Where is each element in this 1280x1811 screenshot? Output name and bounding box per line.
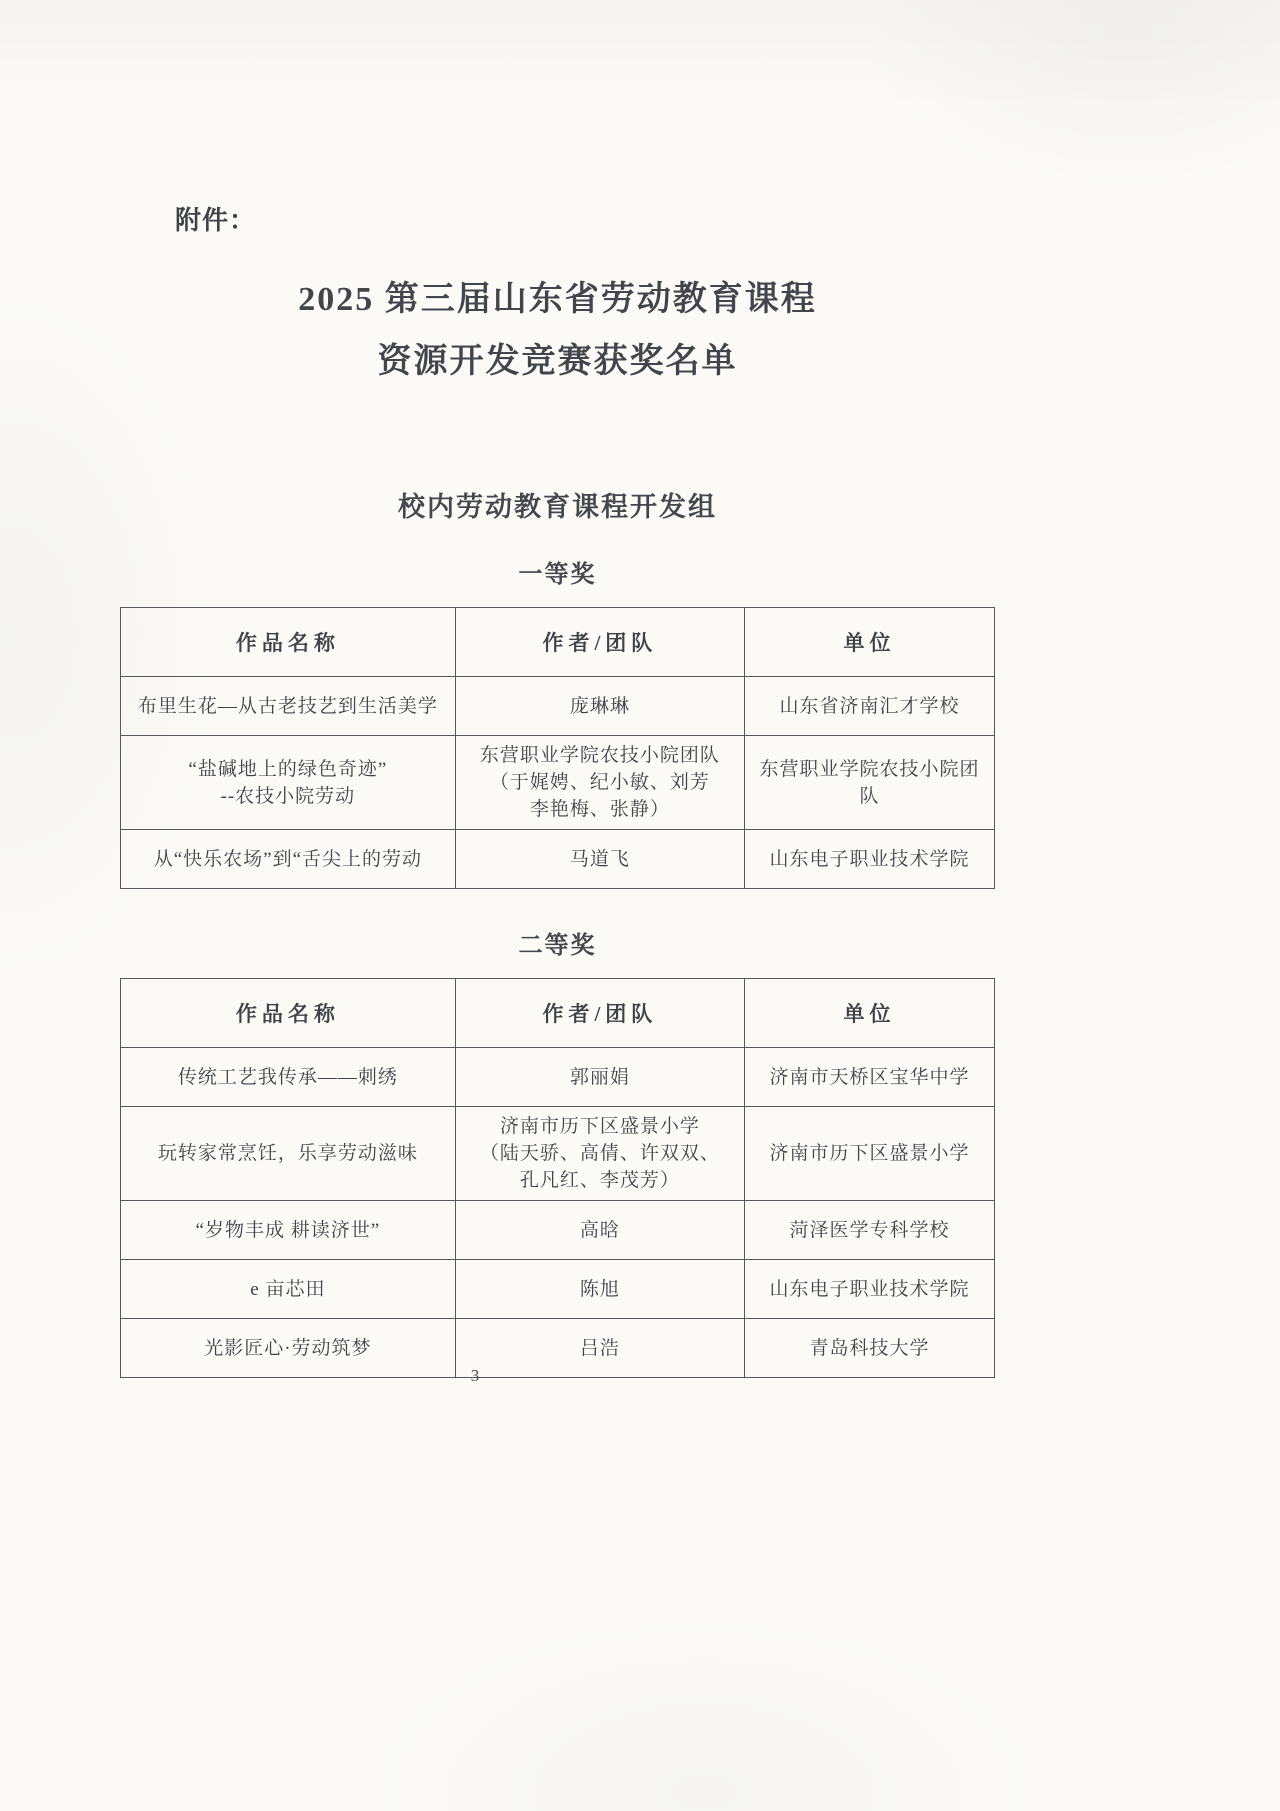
column-header: 作者/团队 [455,608,744,677]
unit-cell: 济南市历下区盛景小学 [745,1107,995,1201]
author-cell: 庞琳琳 [455,677,744,736]
document-title: 2025 第三届山东省劳动教育课程 资源开发竞赛获奖名单 [120,269,995,393]
author-cell: 陈旭 [455,1260,744,1319]
attachment-label: 附件： [175,200,995,237]
group-heading: 校内劳动教育课程开发组 [120,485,995,524]
work-cell: 布里生花—从古老技艺到生活美学 [121,677,456,736]
award-heading: 一等奖 [120,554,995,589]
work-cell: “盐碱地上的绿色奇迹” --农技小院劳动 [121,736,456,830]
table-row: “岁物丰成 耕读济世”高晗菏泽医学专科学校 [121,1201,995,1260]
work-cell: 从“快乐农场”到“舌尖上的劳动 [121,830,456,889]
unit-cell: 菏泽医学专科学校 [745,1201,995,1260]
award-table: 作品名称作者/团队单位布里生花—从古老技艺到生活美学庞琳琳山东省济南汇才学校“盐… [120,607,995,889]
unit-cell: 山东省济南汇才学校 [745,677,995,736]
author-cell: 郭丽娟 [455,1048,744,1107]
work-cell: 传统工艺我传承——刺绣 [121,1048,456,1107]
table-row: 从“快乐农场”到“舌尖上的劳动马道飞山东电子职业技术学院 [121,830,995,889]
page-number: 3 [0,1366,950,1386]
column-header: 作品名称 [121,979,456,1048]
work-cell: “岁物丰成 耕读济世” [121,1201,456,1260]
unit-cell: 济南市天桥区宝华中学 [745,1048,995,1107]
table-row: 传统工艺我传承——刺绣郭丽娟济南市天桥区宝华中学 [121,1048,995,1107]
document-title-line2: 资源开发竞赛获奖名单 [120,331,995,393]
document-content: 附件： 2025 第三届山东省劳动教育课程 资源开发竞赛获奖名单 校内劳动教育课… [120,0,995,1378]
sections: 一等奖作品名称作者/团队单位布里生花—从古老技艺到生活美学庞琳琳山东省济南汇才学… [120,554,995,1378]
table-row: “盐碱地上的绿色奇迹” --农技小院劳动东营职业学院农技小院团队 （于娓娉、纪小… [121,736,995,830]
work-cell: 玩转家常烹饪，乐享劳动滋味 [121,1107,456,1201]
table-row: 玩转家常烹饪，乐享劳动滋味济南市历下区盛景小学 （陆天骄、高倩、许双双、 孔凡红… [121,1107,995,1201]
author-cell: 马道飞 [455,830,744,889]
column-header: 作品名称 [121,608,456,677]
work-cell: e 亩芯田 [121,1260,456,1319]
scanned-document-page: 附件： 2025 第三届山东省劳动教育课程 资源开发竞赛获奖名单 校内劳动教育课… [0,0,1280,1811]
header-row: 作品名称作者/团队单位 [121,608,995,677]
table-row: 布里生花—从古老技艺到生活美学庞琳琳山东省济南汇才学校 [121,677,995,736]
author-cell: 高晗 [455,1201,744,1260]
document-title-line1: 2025 第三届山东省劳动教育课程 [120,269,995,331]
column-header: 单位 [745,608,995,677]
author-cell: 济南市历下区盛景小学 （陆天骄、高倩、许双双、 孔凡红、李茂芳） [455,1107,744,1201]
author-cell: 东营职业学院农技小院团队 （于娓娉、纪小敏、刘芳 李艳梅、张静） [455,736,744,830]
unit-cell: 山东电子职业技术学院 [745,830,995,889]
unit-cell: 山东电子职业技术学院 [745,1260,995,1319]
column-header: 单位 [745,979,995,1048]
unit-cell: 东营职业学院农技小院团队 [745,736,995,830]
award-table: 作品名称作者/团队单位传统工艺我传承——刺绣郭丽娟济南市天桥区宝华中学玩转家常烹… [120,978,995,1378]
award-heading: 二等奖 [120,925,995,960]
table-row: e 亩芯田陈旭山东电子职业技术学院 [121,1260,995,1319]
header-row: 作品名称作者/团队单位 [121,979,995,1048]
column-header: 作者/团队 [455,979,744,1048]
